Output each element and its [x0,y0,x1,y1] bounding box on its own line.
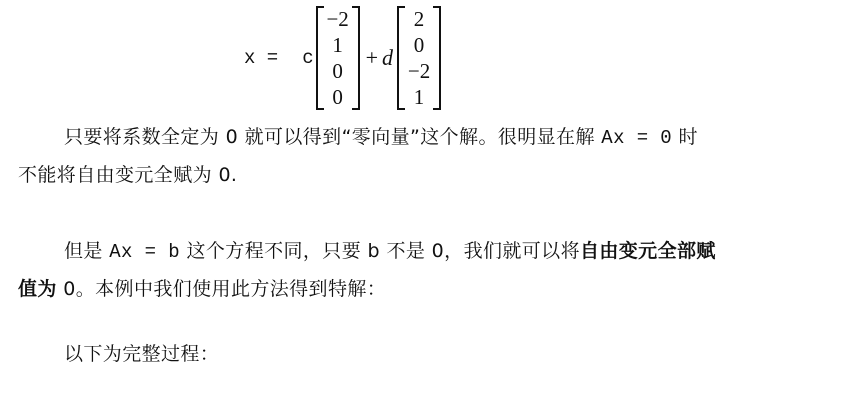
paragraph-line: 但是 Ax = b 这个方程不同，只要 b 不是 0，我们就可以将自由变元全部赋 [18,233,818,271]
vector-equation: x = c −2 1 0 0 + d 2 0 −2 1 [244,4,441,112]
paragraph-line: 以下为完整过程： [18,336,818,373]
plus-sign: + [366,45,378,71]
paragraph-line: 只要将系数全定为 0 就可以得到“零向量”这个解。很明显在解 Ax = 0 时 [18,119,818,157]
text: 这个方程不同，只要 b 不是 0，我们就可以将 [180,240,580,262]
text: 但是 [64,240,109,262]
paragraph-zero-vector: 只要将系数全定为 0 就可以得到“零向量”这个解。很明显在解 Ax = 0 时 … [18,119,818,194]
text: 只要将系数全定为 0 就可以得到“零向量”这个解。很明显在解 [64,126,601,148]
inline-equation: Ax = b [109,241,180,263]
paragraph-full-process: 以下为完整过程： [18,336,818,373]
vector-c-entry: 1 [324,32,352,58]
vector-c-entry: 0 [324,84,352,110]
emphasized-text: 自由变元全部赋 [580,240,716,262]
equation-lhs: x = [244,47,278,69]
vector-c-entry: 0 [324,58,352,84]
vector-d-entry: 2 [405,6,433,32]
text: 0。本例中我们使用此方法得到特解： [57,278,386,300]
emphasized-text: 值为 [18,278,57,300]
coefficient-d: d [382,45,393,71]
vector-d-entry: −2 [405,58,433,84]
inline-equation: Ax = 0 [601,127,672,149]
vector-c-entry: −2 [324,6,352,32]
vector-d: 2 0 −2 1 [397,6,441,110]
vector-d-entry: 0 [405,32,433,58]
coefficient-c: c [302,47,313,69]
text: 时 [672,126,698,148]
paragraph-particular-solution: 但是 Ax = b 这个方程不同，只要 b 不是 0，我们就可以将自由变元全部赋… [18,233,818,308]
vector-d-entry: 1 [405,84,433,110]
paragraph-line: 不能将自由变元全赋为 0. [18,157,818,194]
vector-c: −2 1 0 0 [316,6,360,110]
paragraph-line: 值为 0。本例中我们使用此方法得到特解： [18,271,818,308]
